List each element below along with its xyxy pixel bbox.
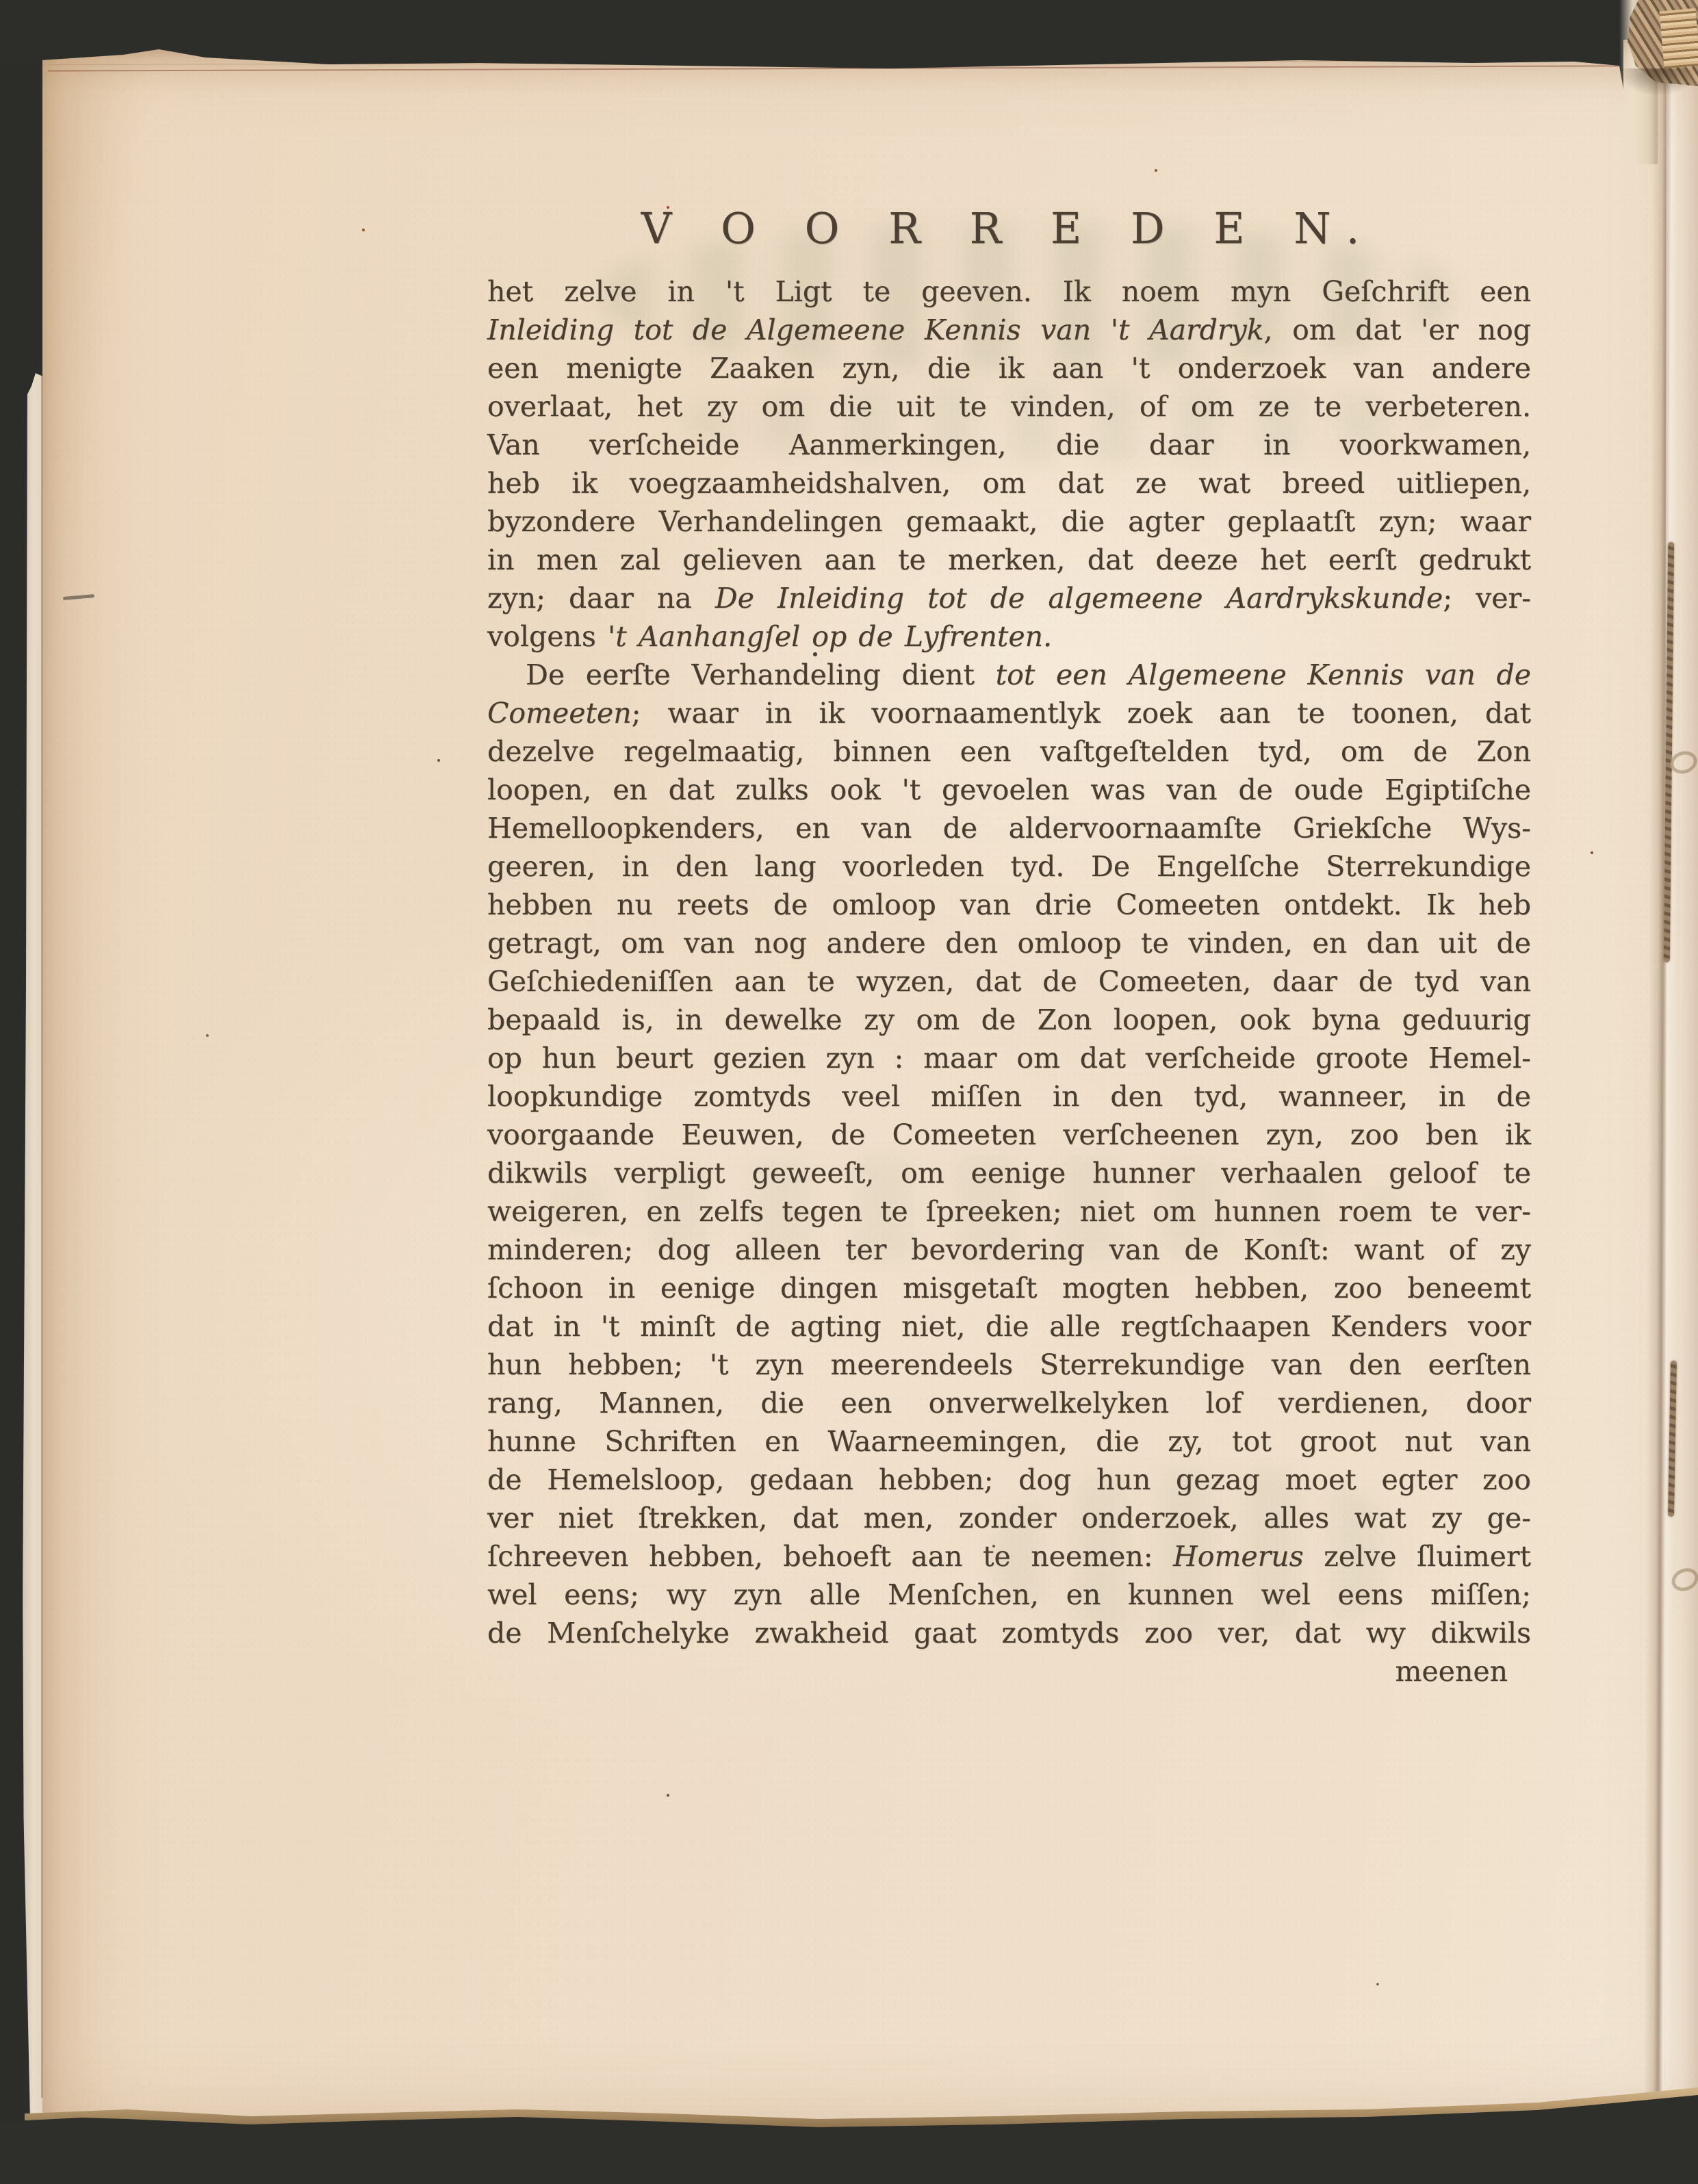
roman-text: ver niet ſtrekken, dat men, zonder onder… — [487, 1502, 1531, 1534]
roman-text: heb ik voegzaamheidshalven, om dat ze wa… — [487, 467, 1531, 500]
text-line: getragt, om van nog andere den omloop te… — [487, 924, 1531, 962]
text-line: in men zal gelieven aan te merken, dat d… — [487, 541, 1531, 579]
text-line: dezelve regelmaatig, binnen een vaſtgeſt… — [487, 732, 1531, 771]
text-line: ver niet ſtrekken, dat men, zonder onder… — [487, 1499, 1531, 1537]
gilt-page-edges — [1659, 8, 1698, 68]
text-lines: het zelve in 't Ligt te geeven. Ik noem … — [487, 272, 1531, 1652]
roman-text: op hun beurt gezien zyn : maar om dat ve… — [487, 1042, 1531, 1075]
text-line: ſchoon in eenige dingen misgetaſt mogten… — [487, 1269, 1531, 1307]
catchword: meenen — [487, 1652, 1531, 1691]
roman-text: zelve ſluimert — [1304, 1540, 1531, 1573]
roman-text: overlaat, het zy om die uit te vinden, o… — [487, 390, 1531, 423]
roman-text: rang, Mannen, die een onverwelkelyken lo… — [487, 1387, 1531, 1419]
roman-text: ſchoon in eenige dingen misgetaſt mogten… — [487, 1272, 1531, 1305]
page-title: V O O R R E D E N. — [487, 203, 1531, 255]
text-line: op hun beurt gezien zyn : maar om dat ve… — [487, 1039, 1531, 1077]
text-line: voorgaande Eeuwen, de Comeeten verſcheen… — [487, 1116, 1531, 1154]
roman-text: De eerſte Verhandeling dient — [526, 658, 996, 691]
roman-text: hunne Schriften en Waarneemingen, die zy… — [487, 1425, 1531, 1458]
text-line: zyn; daar na De Inleiding tot de algemee… — [487, 579, 1531, 617]
roman-text: in men zal gelieven aan te merken, dat d… — [487, 543, 1531, 576]
headband-shadow — [1618, 68, 1698, 96]
text-line: overlaat, het zy om die uit te vinden, o… — [487, 387, 1531, 426]
roman-text: bepaald is, in dewelke zy om de Zon loop… — [487, 1003, 1531, 1036]
roman-text: Hemelloopkenders, en van de aldervoornaa… — [487, 812, 1531, 845]
text-line: loopen, en dat zulks ook 't gevoelen was… — [487, 771, 1531, 809]
text-line: de Menſchelyke zwakheid gaat zomtyds zoo… — [487, 1614, 1531, 1652]
text-line: hunne Schriften en Waarneemingen, die zy… — [487, 1422, 1531, 1461]
roman-text: wel eens; wy zyn alle Menſchen, en kunne… — [487, 1578, 1531, 1611]
text-line: de Hemelsloop, gedaan hebben; dog hun ge… — [487, 1461, 1531, 1499]
text-line: byzondere Verhandelingen gemaakt, die ag… — [487, 502, 1531, 541]
roman-text: hebben nu reets de omloop van drie Comee… — [487, 888, 1531, 921]
text-line: heb ik voegzaamheidshalven, om dat ze wa… — [487, 464, 1531, 502]
text-line: ſchreeven hebben, behoeft aan te neemen:… — [487, 1537, 1531, 1576]
roman-text: getragt, om van nog andere den omloop te… — [487, 927, 1531, 960]
roman-text: ; ver- — [1443, 582, 1531, 615]
roman-text: minderen; dog alleen ter bevordering van… — [487, 1233, 1531, 1266]
text-line: De eerſte Verhandeling dient tot een Alg… — [487, 656, 1531, 694]
text-line: dat in 't minſt de agting niet, die alle… — [487, 1307, 1531, 1346]
text-line: rang, Mannen, die een onverwelkelyken lo… — [487, 1384, 1531, 1422]
roman-text: ; waar in ik voornaamentlyk zoek aan te … — [632, 697, 1531, 730]
italic-text: De Inleiding tot de algemeene Aardryksku… — [715, 582, 1443, 615]
roman-text: geeren, in den lang voorleden tyd. De En… — [487, 850, 1531, 883]
text-line: Hemelloopkenders, en van de aldervoornaa… — [487, 809, 1531, 847]
roman-text: een menigte Zaaken zyn, die ik aan 't on… — [487, 352, 1531, 385]
roman-text: dikwils verpligt geweeſt, om eenige hunn… — [487, 1157, 1531, 1190]
roman-text: dat in 't minſt de agting niet, die alle… — [487, 1310, 1531, 1343]
text-line: wel eens; wy zyn alle Menſchen, en kunne… — [487, 1576, 1531, 1614]
italic-text: Homerus — [1173, 1540, 1304, 1573]
text-line: Inleiding tot de Algemeene Kennis van 't… — [487, 311, 1531, 349]
roman-text: zyn; daar na — [487, 582, 715, 615]
roman-text: , om dat 'er nog — [1264, 313, 1531, 346]
text-line: geeren, in den lang voorleden tyd. De En… — [487, 847, 1531, 886]
book-page: V O O R R E D E N. het zelve in 't Ligt … — [42, 40, 1698, 2142]
text-line: Van verſcheide Aanmerkingen, die daar in… — [487, 426, 1531, 464]
roman-text: dezelve regelmaatig, binnen een vaſtgeſt… — [487, 735, 1531, 768]
text-line: hun hebben; 't zyn meerendeels Sterrekun… — [487, 1346, 1531, 1384]
text-line: Comeeten; waar in ik voornaamentlyk zoek… — [487, 694, 1531, 732]
roman-text: de Menſchelyke zwakheid gaat zomtyds zoo… — [487, 1617, 1531, 1649]
pencil-mark — [63, 594, 94, 600]
page-left-edge-shadow — [41, 373, 43, 2098]
text-line: volgens 't Aanhangſel op de Lyfrenten. — [487, 617, 1531, 656]
italic-text: tot een Algemeene Kennis van de — [996, 658, 1531, 691]
italic-text: Inleiding tot de Algemeene Kennis van 't… — [487, 313, 1264, 346]
text-line: hebben nu reets de omloop van drie Comee… — [487, 886, 1531, 924]
text-block: V O O R R E D E N. het zelve in 't Ligt … — [487, 203, 1531, 1691]
roman-text: ſchreeven hebben, behoeft aan te neemen: — [487, 1540, 1173, 1573]
roman-text: hun hebben; 't zyn meerendeels Sterrekun… — [487, 1348, 1531, 1381]
roman-text: byzondere Verhandelingen gemaakt, die ag… — [487, 505, 1531, 538]
roman-text: voorgaande Eeuwen, de Comeeten verſcheen… — [487, 1118, 1531, 1151]
italic-text: Comeeten — [487, 697, 632, 730]
gutter-right-leaf — [1666, 77, 1698, 2103]
roman-text: weigeren, en zelfs tegen te ſpreeken; ni… — [487, 1195, 1531, 1228]
text-line: het zelve in 't Ligt te geeven. Ik noem … — [487, 272, 1531, 311]
italic-text: 't Aanhangſel op de Lyfrenten. — [608, 620, 1052, 653]
roman-text: het zelve in 't Ligt te geeven. Ik noem … — [487, 275, 1531, 308]
roman-text: loopkundige zomtyds veel miſſen in den t… — [487, 1080, 1531, 1113]
text-line: een menigte Zaaken zyn, die ik aan 't on… — [487, 349, 1531, 387]
roman-text: volgens — [487, 620, 608, 653]
text-line: bepaald is, in dewelke zy om de Zon loop… — [487, 1001, 1531, 1039]
roman-text: de Hemelsloop, gedaan hebben; dog hun ge… — [487, 1463, 1531, 1496]
scanned-book-spread: { "document": { "title": "V O O R R E D … — [0, 0, 1698, 2184]
roman-text: Geſchiedeniſſen aan te wyzen, dat de Com… — [487, 965, 1531, 998]
text-line: weigeren, en zelfs tegen te ſpreeken; ni… — [487, 1192, 1531, 1231]
text-line: loopkundige zomtyds veel miſſen in den t… — [487, 1077, 1531, 1116]
text-line: Geſchiedeniſſen aan te wyzen, dat de Com… — [487, 962, 1531, 1001]
text-line: minderen; dog alleen ter bevordering van… — [487, 1231, 1531, 1269]
text-line: dikwils verpligt geweeſt, om eenige hunn… — [487, 1154, 1531, 1192]
roman-text: loopen, en dat zulks ook 't gevoelen was… — [487, 773, 1531, 806]
roman-text: Van verſcheide Aanmerkingen, die daar in… — [487, 428, 1531, 461]
